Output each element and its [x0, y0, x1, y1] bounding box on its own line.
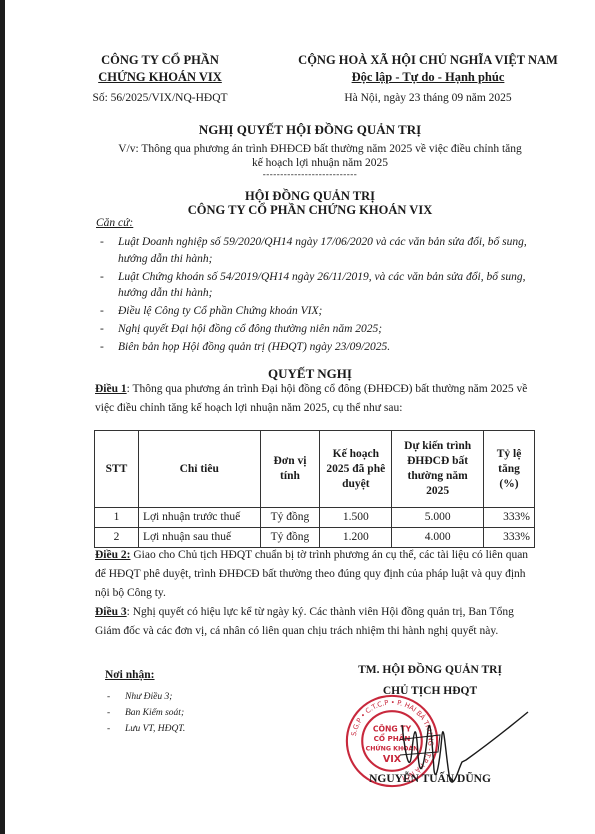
cell-indicator: Lợi nhuận sau thuế [138, 528, 260, 548]
article-2: Điều 2: Giao cho Chủ tịch HĐQT chuẩn bị … [95, 546, 540, 603]
column-header: Dự kiến trình ĐHĐCĐ bất thường năm 2025 [392, 431, 484, 508]
document-title: NGHỊ QUYẾT HỘI ĐỒNG QUẢN TRỊ [60, 122, 560, 138]
company-name-line1: CÔNG TY CỔ PHẦN [60, 52, 260, 69]
column-header: Chỉ tiêu [138, 431, 260, 508]
article-3-text: : Nghị quyết có hiệu lực kể từ ngày ký. … [95, 606, 514, 637]
document-subject: V/v: Thông qua phương án trình ĐHĐCĐ bất… [95, 142, 545, 170]
issuer-line-2: CÔNG TY CỔ PHẦN CHỨNG KHOÁN VIX [60, 203, 560, 217]
basis-list: Luật Doanh nghiệp số 59/2020/QH14 ngày 1… [96, 234, 536, 357]
company-name-line2: CHỨNG KHOÁN VIX [60, 69, 260, 86]
national-motto: Độc lập - Tự do - Hạnh phúc [283, 69, 573, 86]
place-date: Hà Nội, ngày 23 tháng 09 năm 2025 [283, 92, 573, 104]
cell-unit: Tỷ đồng [260, 528, 320, 548]
table-row: 1 Lợi nhuận trước thuế Tỷ đồng 1.500 5.0… [95, 508, 535, 528]
basis-item: Điều lệ Công ty Cổ phần Chứng khoán VIX; [96, 303, 536, 320]
resolution-document: CÔNG TY CỔ PHẦN CHỨNG KHOÁN VIX Số: 56/2… [0, 0, 595, 834]
cell-indicator: Lợi nhuận trước thuế [138, 508, 260, 528]
signer-name: NGUYỄN TUẤN DŨNG [330, 773, 530, 785]
table-header-row: STT Chỉ tiêu Đơn vị tính Kế hoạch 2025 đ… [95, 431, 535, 508]
basis-item: Nghị quyết Đại hội đồng cổ đông thường n… [96, 321, 536, 338]
basis-item: Luật Doanh nghiệp số 59/2020/QH14 ngày 1… [96, 234, 536, 267]
cell-stt: 1 [95, 508, 139, 528]
column-header: Kế hoạch 2025 đã phê duyệt [320, 431, 392, 508]
profit-plan-table: STT Chỉ tiêu Đơn vị tính Kế hoạch 2025 đ… [94, 430, 535, 548]
article-1-label: Điều 1 [95, 383, 127, 395]
article-2-text: Giao cho Chủ tịch HĐQT chuẩn bị tờ trình… [95, 549, 528, 599]
article-1-text: : Thông qua phương án trình Đại hội đồng… [95, 383, 527, 414]
separator: --------------------------- [60, 169, 560, 179]
cell-unit: Tỷ đồng [260, 508, 320, 528]
issuer-block: HỘI ĐỒNG QUẢN TRỊ CÔNG TY CỔ PHẦN CHỨNG … [60, 189, 560, 217]
column-header: STT [95, 431, 139, 508]
basis-item: Biên bản họp Hội đồng quản trị (HĐQT) ng… [96, 339, 536, 356]
cell-proposed-plan: 5.000 [392, 508, 484, 528]
company-header: CÔNG TY CỔ PHẦN CHỨNG KHOÁN VIX [60, 52, 260, 86]
nation-name: CỘNG HOÀ XÃ HỘI CHỦ NGHĨA VIỆT NAM [283, 52, 573, 69]
subject-line-2: kế hoạch lợi nhuận năm 2025 [95, 156, 545, 170]
column-header: Đơn vị tính [260, 431, 320, 508]
cell-approved-plan: 1.500 [320, 508, 392, 528]
issuer-line-1: HỘI ĐỒNG QUẢN TRỊ [60, 189, 560, 203]
recipient-item: Ban Kiểm soát; [105, 705, 185, 721]
document-number: Số: 56/2025/VIX/NQ-HĐQT [60, 92, 260, 104]
article-3: Điều 3: Nghị quyết có hiệu lực kể từ ngà… [95, 603, 540, 641]
cell-proposed-plan: 4.000 [392, 528, 484, 548]
basis-item: Luật Chứng khoán số 54/2019/QH14 ngày 26… [96, 269, 536, 302]
basis-label: Căn cứ: [96, 217, 133, 229]
cell-increase-rate: 333% [484, 508, 535, 528]
table-row: 2 Lợi nhuận sau thuế Tỷ đồng 1.200 4.000… [95, 528, 535, 548]
cell-approved-plan: 1.200 [320, 528, 392, 548]
svg-text:VIX: VIX [383, 754, 402, 765]
article-2-label: Điều 2: [95, 549, 130, 561]
signature-title: TM. HỘI ĐỒNG QUẢN TRỊ [330, 664, 530, 676]
recipients-list: Như Điều 3; Ban Kiểm soát; Lưu VT, HĐQT. [105, 689, 185, 737]
article-1: Điều 1: Thông qua phương án trình Đại hộ… [95, 380, 540, 418]
subject-line-1: V/v: Thông qua phương án trình ĐHĐCĐ bất… [95, 142, 545, 156]
recipient-item: Lưu VT, HĐQT. [105, 721, 185, 737]
recipient-item: Như Điều 3; [105, 689, 185, 705]
column-header: Tỷ lệ tăng (%) [484, 431, 535, 508]
cell-increase-rate: 333% [484, 528, 535, 548]
recipients-label: Nơi nhận: [105, 669, 155, 681]
article-3-label: Điều 3 [95, 606, 127, 618]
cell-stt: 2 [95, 528, 139, 548]
national-header: CỘNG HOÀ XÃ HỘI CHỦ NGHĨA VIỆT NAM Độc l… [283, 52, 573, 86]
